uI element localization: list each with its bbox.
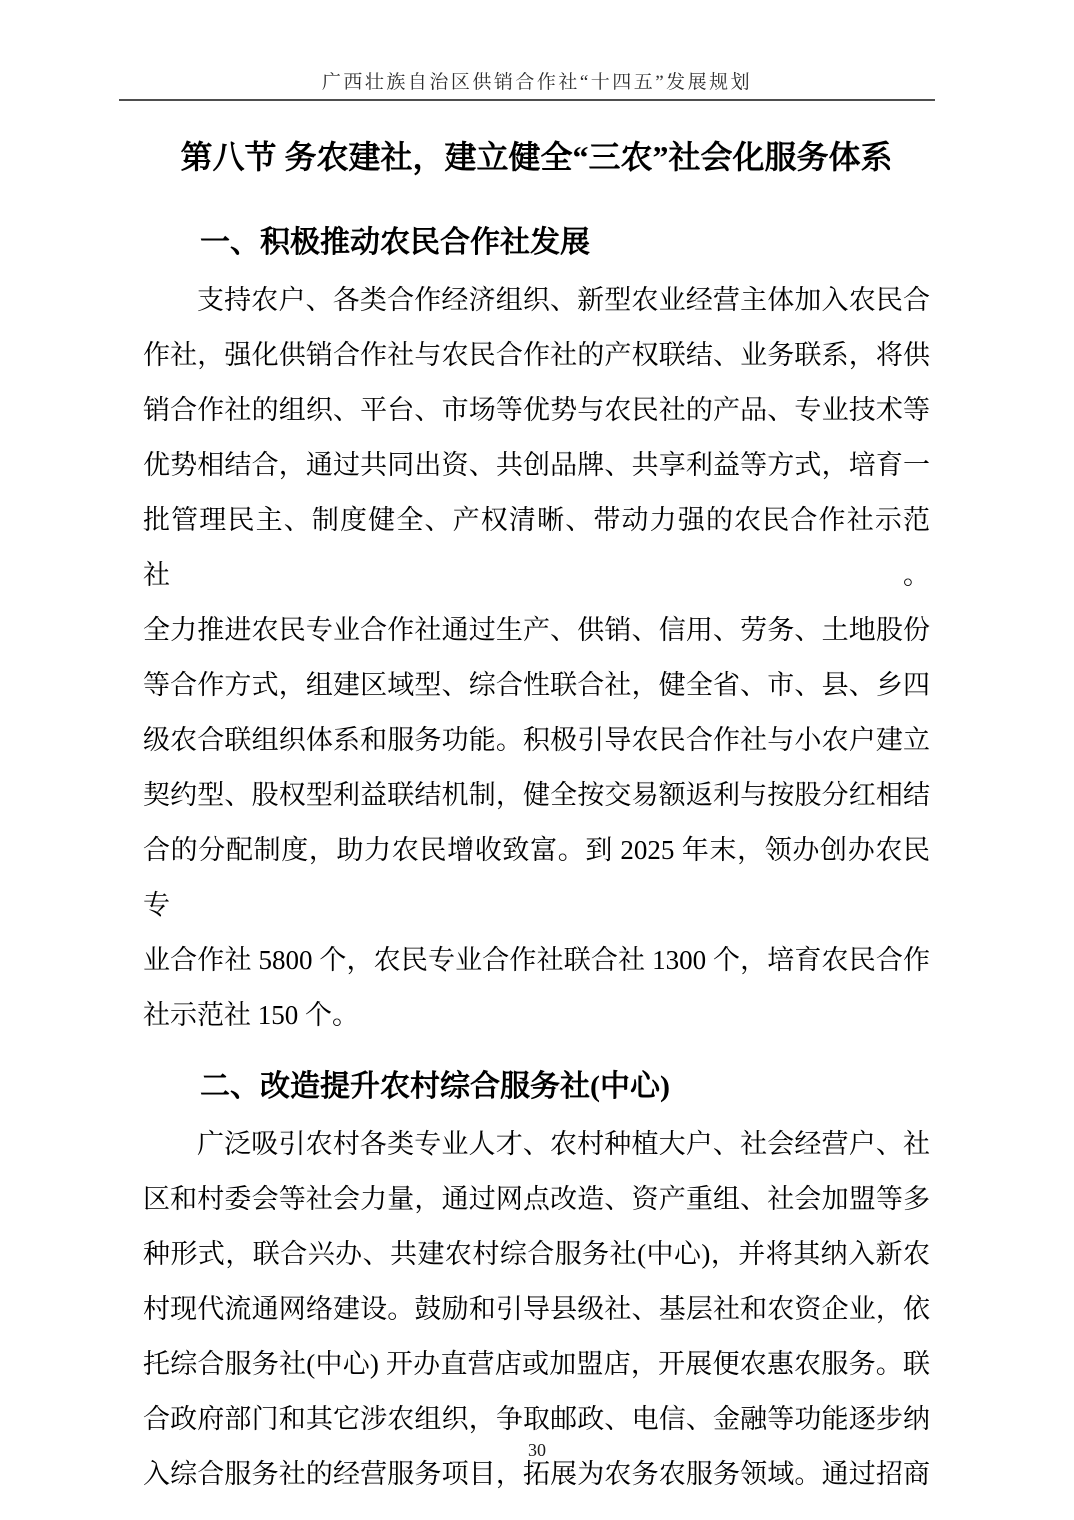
text-line: 支持农户、各类合作经济组织、新型农业经营主体加入农民合 (143, 273, 930, 328)
text-line: 广泛吸引农村各类专业人才、农村种植大户、社会经营户、社 (143, 1117, 930, 1172)
section-heading: 一、积极推动农民合作社发展 (200, 226, 930, 260)
document-section: 二、改造提升农村综合服务社(中心) 广泛吸引农村各类专业人才、农村种植大户、社会… (143, 1070, 930, 1502)
text-line: 级农合联组织体系和服务功能。积极引导农民合作社与小农户建立 (143, 713, 930, 768)
text-line: 全力推进农民专业合作社通过生产、供销、信用、劳务、土地股份 (143, 603, 930, 658)
text-line: 区和村委会等社会力量，通过网点改造、资产重组、社会加盟等多 (143, 1172, 930, 1227)
page-number: 30 (0, 1440, 1074, 1460)
text-line: 种形式，联合兴办、共建农村综合服务社(中心)，并将其纳入新农 (143, 1227, 930, 1282)
text-line: 村现代流通网络建设。鼓励和引导县级社、基层社和农资企业，依 (143, 1282, 930, 1337)
text-line: 契约型、股权型利益联结机制，健全按交易额返利与按股分红相结 (143, 768, 930, 823)
text-line: 合的分配制度，助力农民增收致富。到 2025 年末，领办创办农民专 (143, 823, 930, 933)
section-heading: 二、改造提升农村综合服务社(中心) (200, 1070, 930, 1104)
text-line: 优势相结合，通过共同出资、共创品牌、共享利益等方式，培育一 (143, 438, 930, 493)
document-section: 一、积极推动农民合作社发展 支持农户、各类合作经济组织、新型农业经营主体加入农民… (143, 226, 930, 1043)
document-body: 第八节 务农建社，建立健全“三农”社会化服务体系 一、积极推动农民合作社发展 支… (0, 0, 1074, 1502)
text-line: 合政府部门和其它涉农组织，争取邮政、电信、金融等功能逐步纳 (143, 1392, 930, 1447)
header-rule (119, 99, 935, 101)
text-line: 批管理民主、制度健全、产权清晰、带动力强的农民合作社示范社。 (143, 493, 930, 603)
document-page: 广西壮族自治区供销合作社“十四五”发展规划 第八节 务农建社，建立健全“三农”社… (0, 0, 1074, 1520)
sections-container: 一、积极推动农民合作社发展 支持农户、各类合作经济组织、新型农业经营主体加入农民… (143, 226, 930, 1502)
text-line: 社示范社 150 个。 (143, 988, 930, 1043)
page-title: 第八节 务农建社，建立健全“三农”社会化服务体系 (123, 134, 950, 180)
text-line: 作社，强化供销合作社与农民合作社的产权联结、业务联系，将供 (143, 328, 930, 383)
paragraph: 支持农户、各类合作经济组织、新型农业经营主体加入农民合作社，强化供销合作社与农民… (143, 273, 930, 1043)
text-line: 等合作方式，组建区域型、综合性联合社，健全省、市、县、乡四 (143, 658, 930, 713)
running-header: 广西壮族自治区供销合作社“十四五”发展规划 (0, 72, 1074, 94)
text-line: 销合作社的组织、平台、市场等优势与农民社的产品、专业技术等 (143, 383, 930, 438)
text-line: 托综合服务社(中心) 开办直营店或加盟店，开展便农惠农服务。联 (143, 1337, 930, 1392)
text-line: 业合作社 5800 个，农民专业合作社联合社 1300 个，培育农民合作 (143, 933, 930, 988)
